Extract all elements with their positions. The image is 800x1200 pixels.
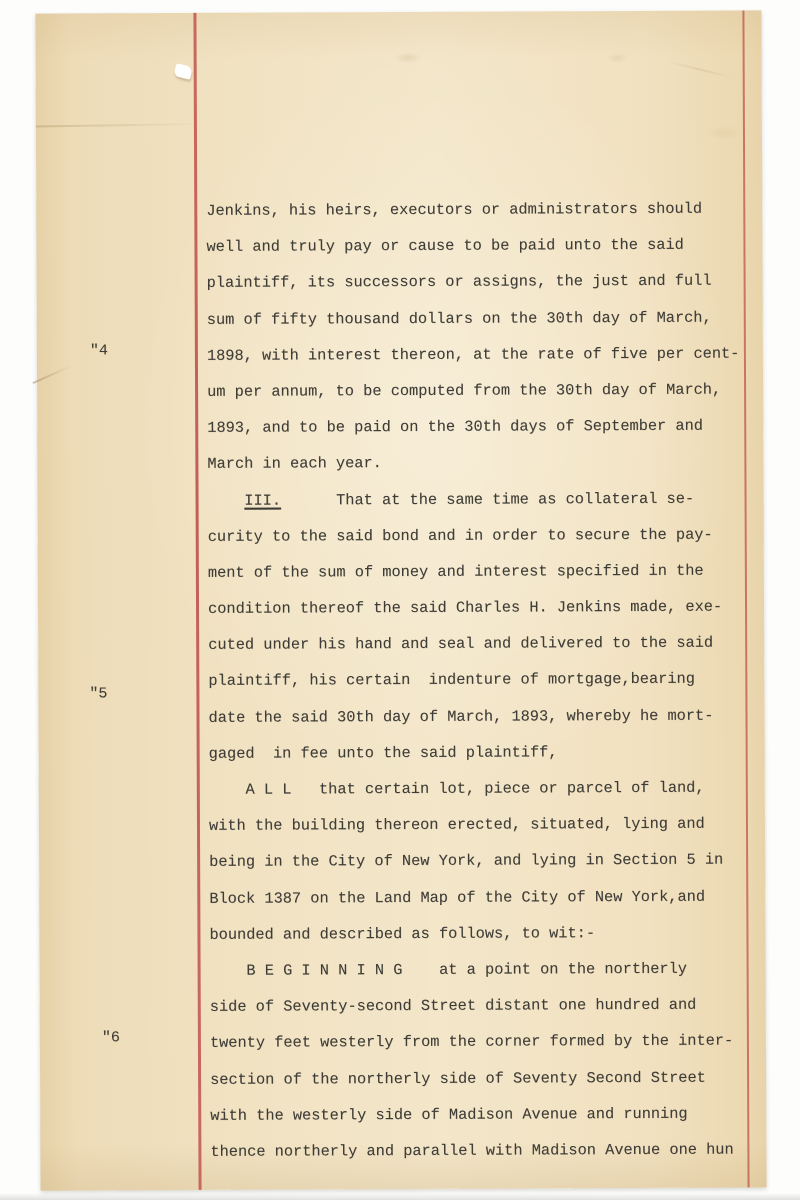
scan-bottom-edge [0, 1193, 800, 1200]
document-line: with the building thereon erected, situa… [209, 806, 754, 845]
text-segment: sum of fifty thousand dollars on the 30t… [207, 308, 712, 328]
document-line: cuted under his hand and seal and delive… [208, 625, 753, 664]
text-segment: section of the northerly side of Seventy… [210, 1068, 706, 1088]
document-line: curity to the said bond and in order to … [208, 516, 753, 555]
text-segment: That at the same time as collateral se- [281, 489, 694, 509]
document-line: III. That at the same time as collateral… [207, 480, 752, 519]
document-line: sum of fifty thousand dollars on the 30t… [207, 299, 752, 338]
document-text: Jenkins, his heirs, executors or adminis… [206, 190, 755, 1169]
document-page: "4 "5 "6 Jenkins, his heirs, executors o… [35, 10, 766, 1190]
text-segment: ment of the sum of money and interest sp… [208, 562, 704, 582]
document-line: condition thereof the said Charles H. Je… [208, 589, 753, 628]
margin-note-5: "5 [89, 685, 107, 702]
text-segment: with the westerly side of Madison Avenue… [210, 1104, 687, 1124]
paper-crease [36, 123, 208, 128]
document-line: date the said 30th day of March, 1893, w… [208, 697, 753, 736]
margin-note-4: "4 [90, 342, 108, 359]
text-segment: with the building thereon erected, situa… [209, 815, 705, 835]
text-segment: 1898, with interest thereon, at the rate… [207, 344, 739, 364]
text-segment: plaintiff, its successors or assigns, th… [207, 272, 712, 292]
underlined-text-segment: III. [244, 491, 281, 509]
text-segment: March in each year. [207, 454, 381, 473]
paper-crease [667, 60, 735, 78]
text-segment: bounded and described as follows, to wit… [209, 924, 595, 944]
document-line: plaintiff, its successors or assigns, th… [207, 263, 752, 302]
text-segment: side of Seventy-second Street distant on… [210, 996, 697, 1016]
text-segment: plaintiff, his certain indenture of mort… [208, 670, 695, 690]
text-segment: gaged in fee unto the said plaintiff, [209, 743, 558, 763]
document-line: Jenkins, his heirs, executors or adminis… [206, 190, 751, 229]
text-segment: curity to the said bond and in order to … [208, 525, 713, 545]
text-segment: Block 1387 on the Land Map of the City o… [209, 887, 705, 907]
document-line: gaged in fee unto the said plaintiff, [209, 733, 754, 772]
text-segment [208, 491, 245, 509]
left-margin-rule [193, 13, 201, 1190]
document-line: being in the City of New York, and lying… [209, 842, 754, 881]
document-line: bounded and described as follows, to wit… [209, 914, 754, 953]
text-segment: condition thereof the said Charles H. Je… [208, 598, 722, 618]
document-line: thence northerly and parallel with Madis… [210, 1131, 755, 1170]
paper-chip-artifact [173, 63, 193, 80]
text-segment: twenty feet westerly from the corner for… [210, 1032, 733, 1052]
text-segment: date the said 30th day of March, 1893, w… [208, 706, 713, 726]
text-segment: B E G I N N I N G at a point on the nort… [210, 960, 687, 980]
text-segment: um per annum, to be computed from the 30… [207, 381, 721, 401]
scan-background: "4 "5 "6 Jenkins, his heirs, executors o… [0, 0, 800, 1200]
document-line: B E G I N N I N G at a point on the nort… [210, 950, 755, 989]
document-line: with the westerly side of Madison Avenue… [210, 1095, 755, 1134]
text-segment: A L L that certain lot, piece or parcel … [209, 779, 705, 799]
text-segment: thence northerly and parallel with Madis… [210, 1140, 733, 1160]
text-segment: cuted under his hand and seal and delive… [208, 634, 713, 654]
document-line: ment of the sum of money and interest sp… [208, 552, 753, 591]
document-line: March in each year. [207, 444, 752, 483]
margin-note-6: "6 [102, 1029, 120, 1046]
paper-crease [32, 365, 71, 384]
document-line: side of Seventy-second Street distant on… [210, 987, 755, 1026]
document-line: 1893, and to be paid on the 30th days of… [207, 408, 752, 447]
document-line: 1898, with interest thereon, at the rate… [207, 335, 752, 374]
document-line: section of the northerly side of Seventy… [210, 1059, 755, 1098]
text-segment: Jenkins, his heirs, executors or adminis… [206, 200, 702, 220]
document-line: plaintiff, his certain indenture of mort… [208, 661, 753, 700]
document-line: A L L that certain lot, piece or parcel … [209, 769, 754, 808]
document-line: Block 1387 on the Land Map of the City o… [209, 878, 754, 917]
text-segment: being in the City of New York, and lying… [209, 851, 723, 871]
document-line: twenty feet westerly from the corner for… [210, 1023, 755, 1062]
text-segment: well and truly pay or cause to be paid u… [206, 236, 683, 256]
document-line: well and truly pay or cause to be paid u… [206, 227, 751, 266]
document-line: um per annum, to be computed from the 30… [207, 371, 752, 410]
text-segment: 1893, and to be paid on the 30th days of… [207, 417, 703, 437]
